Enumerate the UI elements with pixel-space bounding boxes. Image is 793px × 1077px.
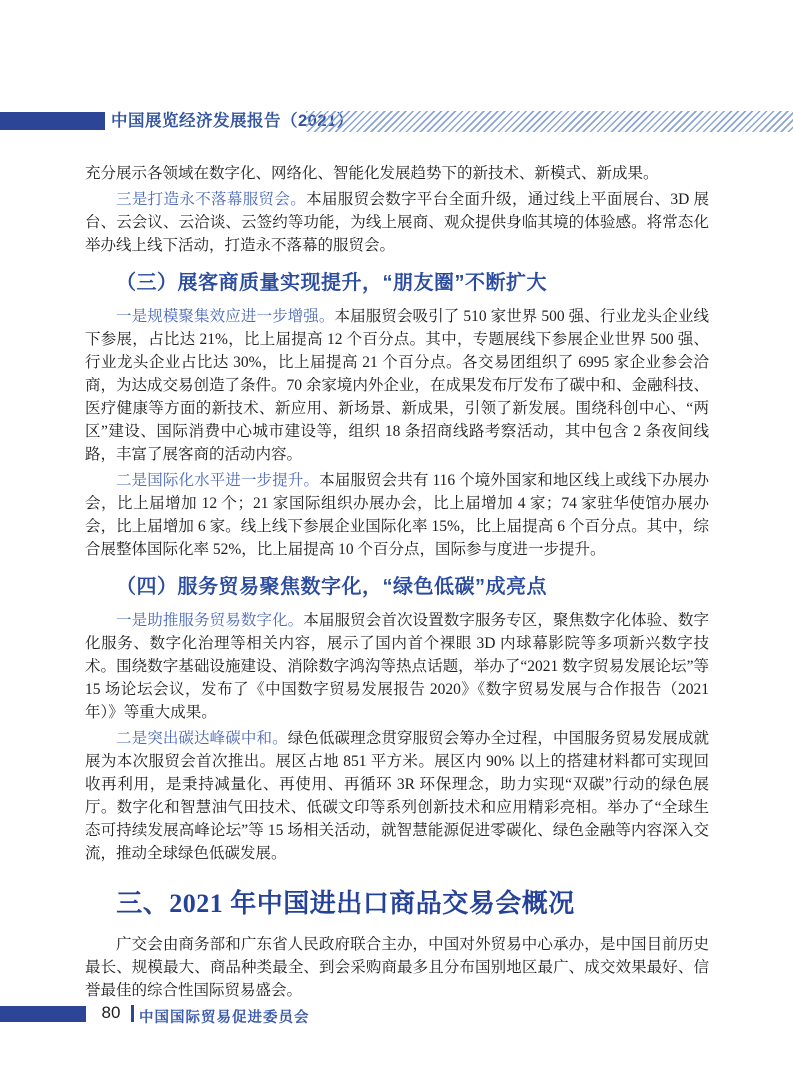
paragraph-measure-three: 三是打造永不落幕服贸会。本届服贸会数字平台全面升级，通过线上平面展台、3D 展台… bbox=[85, 188, 709, 257]
paragraph-lead-text: 一是助推服务贸易数字化。 bbox=[116, 612, 303, 629]
paragraph-scale-effect: 一是规模聚集效应进一步增强。本届服贸会吸引了 510 家世界 500 强、行业龙… bbox=[85, 305, 709, 466]
paragraph-continuation: 充分展示各领域在数字化、网络化、智能化发展趋势下的新技术、新模式、新成果。 bbox=[85, 162, 709, 185]
paragraph-body-text: 绿色低碳理念贯穿服贸会筹办全过程，中国服务贸易发展成就展为本次服贸会首次推出。展… bbox=[85, 730, 709, 862]
page-number: 80 bbox=[94, 1003, 128, 1023]
footer-separator bbox=[131, 1005, 134, 1022]
header-accent-bar bbox=[0, 112, 105, 130]
section-heading-three: （三）展客商质量实现提升，“朋友圈”不断扩大 bbox=[85, 269, 709, 297]
paragraph-lead-text: 二是国际化水平进一步提升。 bbox=[116, 472, 319, 489]
paragraph-lead-text: 二是突出碳达峰碳中和。 bbox=[116, 730, 288, 747]
footer-accent-bar bbox=[0, 1006, 86, 1022]
header-hatch-pattern bbox=[306, 111, 793, 132]
page-body: 充分展示各领域在数字化、网络化、智能化发展趋势下的新技术、新模式、新成果。 三是… bbox=[85, 162, 709, 1005]
footer-organization: 中国国际贸易促进委员会 bbox=[139, 1006, 310, 1027]
paragraph-carbon-neutral: 二是突出碳达峰碳中和。绿色低碳理念贯穿服贸会筹办全过程，中国服务贸易发展成就展为… bbox=[85, 727, 709, 865]
page-footer: 80 中国国际贸易促进委员会 bbox=[0, 1003, 793, 1077]
document-page: 中国展览经济发展报告（2021） 充分展示各领域在数字化、网络化、智能化发展趋势… bbox=[0, 0, 793, 1077]
chapter-heading-canton-fair: 三、2021 年中国进出口商品交易会概况 bbox=[85, 887, 709, 921]
paragraph-lead-text: 三是打造永不落幕服贸会。 bbox=[116, 191, 306, 208]
page-header: 中国展览经济发展报告（2021） bbox=[0, 0, 793, 140]
paragraph-internationalization: 二是国际化水平进一步提升。本届服贸会共有 116 个境外国家和地区线上或线下办展… bbox=[85, 469, 709, 561]
paragraph-lead-text: 一是规模聚集效应进一步增强。 bbox=[116, 308, 335, 325]
paragraph-canton-fair-intro: 广交会由商务部和广东省人民政府联合主办，中国对外贸易中心承办，是中国目前历史最长… bbox=[85, 933, 709, 1002]
paragraph-digital-trade: 一是助推服务贸易数字化。本届服贸会首次设置数字服务专区，聚焦数字化体验、数字化服… bbox=[85, 609, 709, 724]
paragraph-body-text: 本届服贸会吸引了 510 家世界 500 强、行业龙头企业线下参展，占比达 21… bbox=[85, 308, 709, 463]
section-heading-four: （四）服务贸易聚焦数字化，“绿色低碳”成亮点 bbox=[85, 573, 709, 601]
